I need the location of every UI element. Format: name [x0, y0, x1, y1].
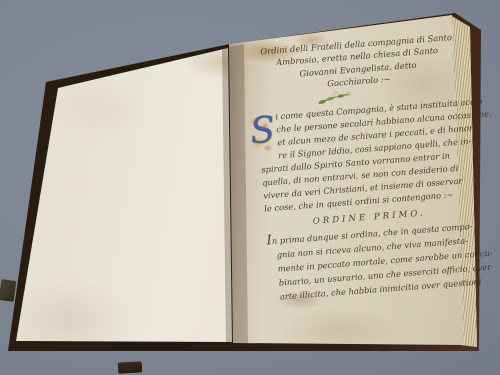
illuminated-initial-S: S [248, 111, 273, 155]
clasp-remnant-bottom [118, 361, 143, 373]
initial-letter: S [249, 109, 277, 153]
photo-scene: Ordini delli Fratelli della compagnia di… [0, 0, 500, 375]
first-paragraph: S i come questa Compagnia, è stata insti… [257, 96, 472, 216]
manuscript-text-block: Ordini delli Fratelli della compagnia di… [252, 30, 479, 305]
clasp-remnant-left [0, 279, 16, 302]
botanical-sprig [314, 88, 355, 107]
